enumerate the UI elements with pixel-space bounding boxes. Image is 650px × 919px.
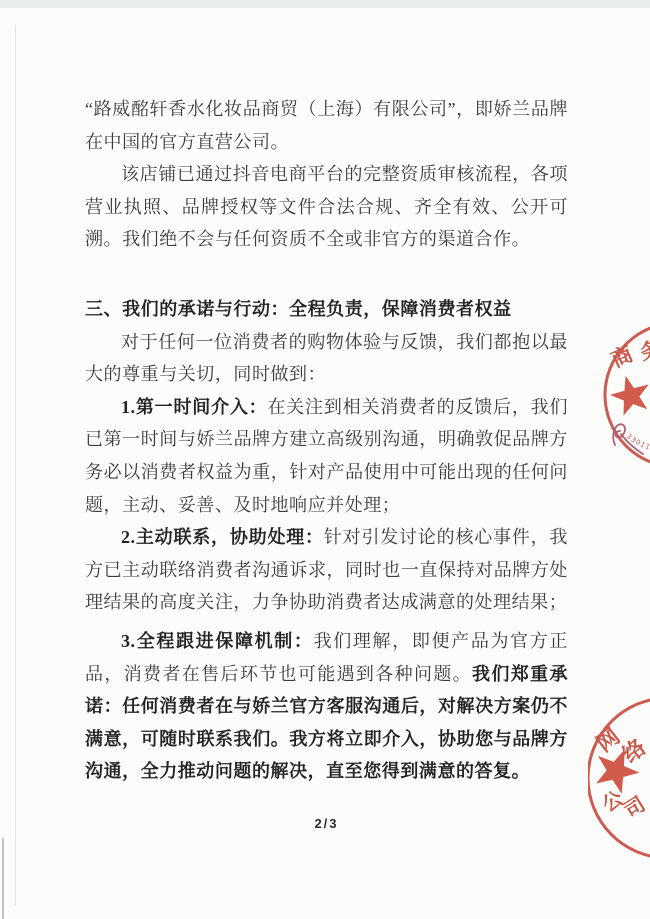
commitment-point-2: 2.主动联系，协助处理：针对引发讨论的核心事件，我方已主动联络消费者沟通诉求，同…: [85, 521, 568, 619]
scan-edge-artifact: [15, 26, 16, 906]
scan-edge-artifact: [0, 0, 650, 8]
point-2-lead: 2.主动联系，协助处理：: [121, 527, 324, 547]
paragraph-company-intro: “路威酩轩香水化妆品商贸（上海）有限公司”，即娇兰品牌在中国的官方直营公司。: [85, 93, 568, 158]
point-3-lead: 3.全程跟进保障机制：: [121, 631, 314, 651]
section-intro: 对于任何一位消费者的购物体验与反馈，我们都抱以最大的尊重与关切，同时做到：: [85, 326, 568, 391]
official-seal-lower: 网 络 公 司: [588, 695, 650, 860]
point-1-lead: 1.第一时间介入：: [121, 397, 267, 417]
seal-bottom-text: 司: [620, 793, 649, 823]
official-seal-upper: 商 务 330111: [590, 318, 650, 473]
commitment-point-3: 3.全程跟进保障机制：我们理解，即便产品为官方正品，消费者在售后环节也可能遇到各…: [85, 625, 568, 788]
document-text-block: “路威酩轩香水化妆品商贸（上海）有限公司”，即娇兰品牌在中国的官方直营公司。 该…: [85, 93, 568, 788]
seal-star-icon: [606, 371, 650, 418]
paragraph-qualification: 该店铺已通过抖音电商平台的完整资质审核流程，各项营业执照、品牌授权等文件合法合规…: [85, 158, 568, 256]
seal-arc-text: 务: [639, 337, 650, 364]
page-number: 2/3: [85, 816, 568, 831]
scanned-document-page: “路威酩轩香水化妆品商贸（上海）有限公司”，即娇兰品牌在中国的官方直营公司。 该…: [0, 0, 650, 919]
scan-edge-artifact: [2, 838, 4, 919]
commitment-point-1: 1.第一时间介入：在关注到相关消费者的反馈后，我们已第一时间与娇兰品牌方建立高级…: [85, 391, 568, 521]
section-heading: 三、我们的承诺与行动：全程负责，保障消费者权益: [85, 293, 568, 326]
